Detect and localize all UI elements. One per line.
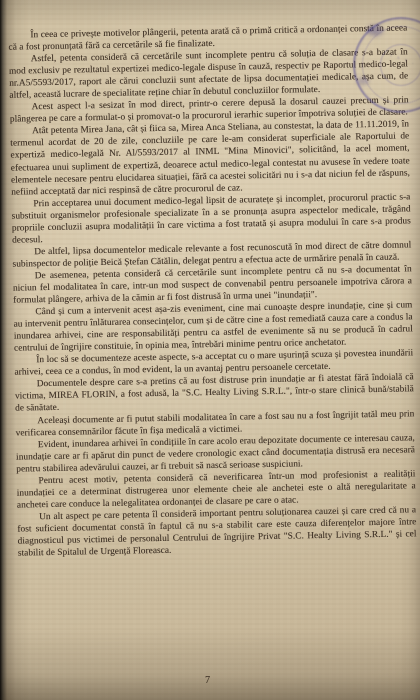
stamp-smudge [357, 77, 369, 85]
photographed-page: · ᴵ ᴺ ᵀ · În ceea ce privește motivelor … [0, 0, 420, 700]
paragraph: Un alt aspect pe care petenta îl conside… [17, 504, 417, 559]
paragraph: Astfel, petenta consideră că cercetările… [9, 46, 409, 101]
stamp-smudge [367, 25, 383, 36]
paragraph: Prin acceptarea unui document medico-leg… [11, 191, 411, 246]
paragraph: Când și cum a intervenit acest așa-zis e… [13, 299, 413, 354]
document-body: În ceea ce privește motivelor plângerii,… [8, 22, 417, 559]
stamp-illegible-text: · ᴵ ᴺ ᵀ · [369, 48, 420, 73]
paragraph: Atât petenta Mirea Jana, cât și fiica sa… [10, 119, 410, 199]
page-number: 7 [205, 675, 210, 686]
